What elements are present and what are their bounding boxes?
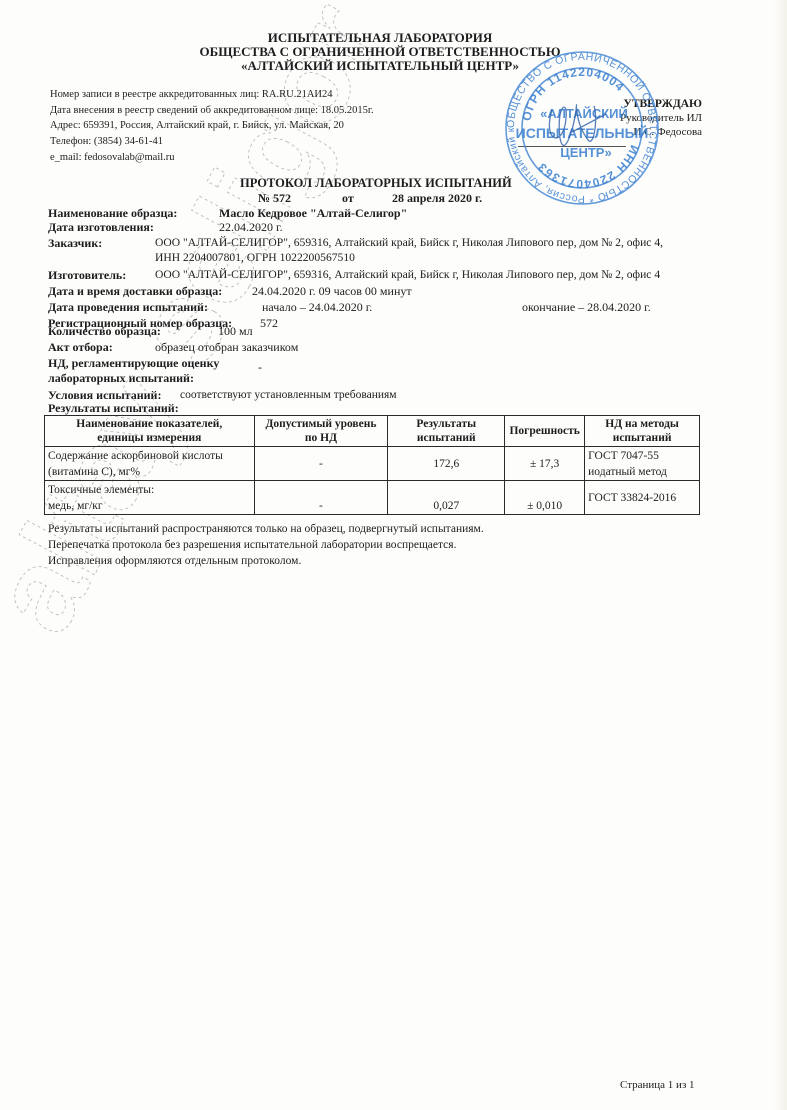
cell-indicator: Содержание аскорбиновой кислоты(витамина… <box>45 447 255 481</box>
stamp-inn: ИНН 2204071363 <box>534 143 641 191</box>
lab-phone: Телефон: (3854) 34-61-41 <box>50 135 163 148</box>
nd-eval-value: - <box>258 360 262 374</box>
note-scope: Результаты испытаний распространяются то… <box>48 521 484 537</box>
nd-eval-label-line2: лабораторных испытаний: <box>48 371 194 385</box>
protocol-from: от <box>342 191 354 206</box>
approval-title: УТВЕРЖДАЮ <box>560 98 702 111</box>
conditions-label: Условия испытаний: <box>48 388 161 402</box>
header-indicator: Наименование показателей,единицы измерен… <box>45 416 255 447</box>
page-indicator: Страница 1 из 1 <box>620 1079 695 1091</box>
manufacturer-label: Изготовитель: <box>48 268 126 282</box>
table-row: Содержание аскорбиновой кислоты(витамина… <box>45 447 700 481</box>
org-name-line1: ИСПЫТАТЕЛЬНАЯ ЛАБОРАТОРИЯ <box>0 30 760 45</box>
test-dates-label: Дата проведения испытаний: <box>48 300 208 314</box>
signature-line <box>518 146 626 147</box>
quantity-value: 100 мл <box>218 324 253 338</box>
sampling-act-label: Акт отбора: <box>48 340 113 354</box>
sample-name-label: Наименование образца: <box>48 206 177 220</box>
test-end-date: окончание – 28.04.2020 г. <box>522 300 651 314</box>
manufacture-date-label: Дата изготовления: <box>48 220 154 234</box>
cell-indicator: Токсичные элементы:медь, мг/кг <box>45 481 255 515</box>
cell-result: 0,027 <box>388 481 505 515</box>
approval-title-text: УТВЕРЖДАЮ <box>623 98 702 110</box>
header-result: Результатыиспытаний <box>388 416 505 447</box>
reg-number-value: 572 <box>260 316 278 330</box>
results-table: Наименование показателей,единицы измерен… <box>44 415 700 515</box>
svg-text:ИНН 2204071363: ИНН 2204071363 <box>534 143 641 191</box>
stamp-center-line3: ЦЕНТР» <box>560 145 611 160</box>
note-reprint: Перепечатка протокола без разрешения исп… <box>48 537 456 553</box>
header-method: НД на методыиспытаний <box>585 416 700 447</box>
delivery-value: 24.04.2020 г. 09 часов 00 минут <box>252 284 412 298</box>
quantity-label: Количество образца: <box>48 324 161 338</box>
protocol-title: ПРОТОКОЛ ЛАБОРАТОРНЫХ ИСПЫТАНИЙ <box>240 176 512 191</box>
sampling-act-value: образец отобран заказчиком <box>155 340 298 354</box>
cell-allowed: - <box>254 447 388 481</box>
protocol-date: 28 апреля 2020 г. <box>392 191 482 206</box>
registry-entry-date: Дата внесения в реестр сведений об аккре… <box>50 104 374 117</box>
registry-number: Номер записи в реестре аккредитованных л… <box>50 88 333 101</box>
table-header-row: Наименование показателей,единицы измерен… <box>45 416 700 447</box>
cell-method: ГОСТ 33824-2016 <box>585 481 700 515</box>
customer-label: Заказчик: <box>48 236 102 250</box>
lab-address: Адрес: 659391, Россия, Алтайский край, г… <box>50 119 344 132</box>
cell-method: ГОСТ 7047-55иодатный метод <box>585 447 700 481</box>
org-name-line3: «АЛТАЙСКИЙ ИСПЫТАТЕЛЬНЫЙ ЦЕНТР» <box>0 58 760 73</box>
protocol-number: № 572 <box>258 191 291 206</box>
cell-allowed: - <box>254 481 388 515</box>
approval-name: И.С. Федосова <box>560 126 702 139</box>
header-error: Погрешность <box>505 416 585 447</box>
scan-edge-shadow <box>773 0 787 1110</box>
sample-name-value: Масло Кедровое "Алтай-Селигор" <box>219 206 407 220</box>
delivery-label: Дата и время доставки образца: <box>48 284 222 298</box>
manufacture-date-value: 22.04.2020 г. <box>219 220 283 234</box>
nd-eval-label-line1: НД, регламентирующие оценку <box>48 356 219 370</box>
conditions-value: соответствуют установленным требованиям <box>180 388 397 402</box>
manufacturer-value: ООО "АЛТАЙ-СЕЛИГОР", 659316, Алтайский к… <box>155 268 660 282</box>
cell-error: ± 0,010 <box>505 481 585 515</box>
results-label: Результаты испытаний: <box>48 401 179 415</box>
lab-email[interactable]: e_mail: fedosovalab@mail.ru <box>50 151 175 164</box>
note-corrections: Исправления оформляются отдельным проток… <box>48 553 301 569</box>
header-allowed-level: Допустимый уровеньпо НД <box>254 416 388 447</box>
test-start-date: начало – 24.04.2020 г. <box>262 300 372 314</box>
customer-value-line1: ООО "АЛТАЙ-СЕЛИГОР", 659316, Алтайский к… <box>155 236 663 250</box>
table-row: Токсичные элементы:медь, мг/кг - 0,027 ±… <box>45 481 700 515</box>
org-name-line2: ОБЩЕСТВА С ОГРАНИЧЕННОЙ ОТВЕТСТВЕННОСТЬЮ <box>0 44 760 59</box>
cell-error: ± 17,3 <box>505 447 585 481</box>
cell-result: 172,6 <box>388 447 505 481</box>
approval-position: Руководитель ИЛ <box>560 112 702 125</box>
customer-value-line2: ИНН 2204007801, ОГРН 1022200567510 <box>155 251 355 265</box>
